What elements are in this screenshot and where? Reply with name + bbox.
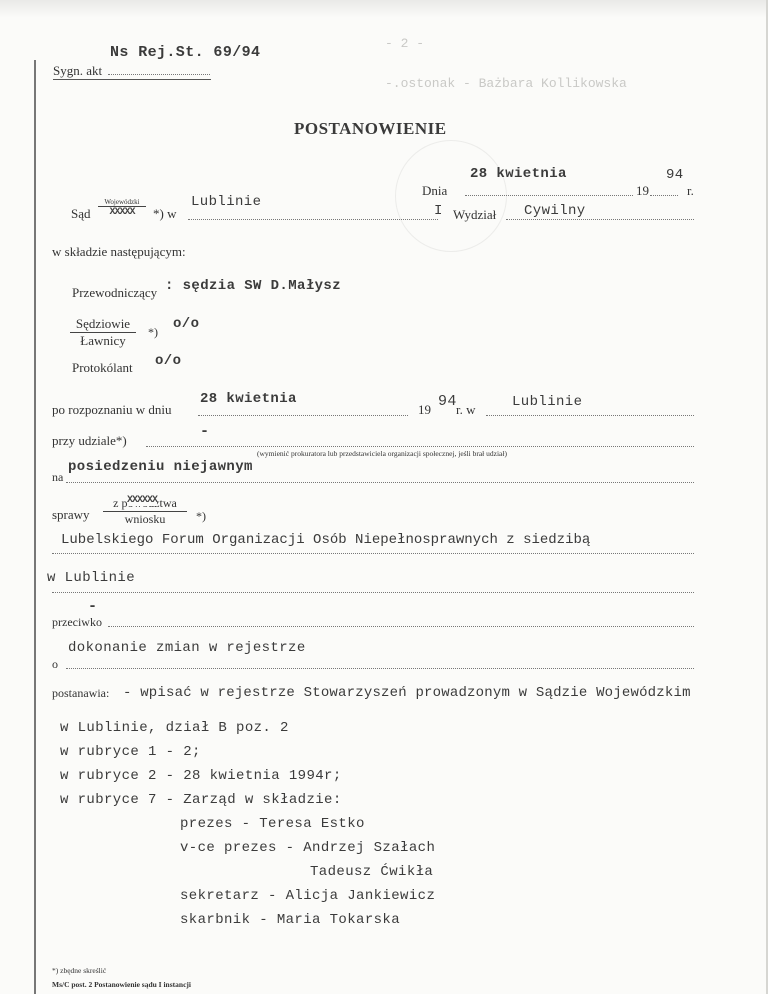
board-member-1: prezes - Teresa Estko bbox=[180, 816, 365, 832]
court-type-fraction: Wojewódzki XXXXX bbox=[98, 198, 146, 218]
case-line-1: Lubelskiego Forum Organizacji Osób Niepe… bbox=[61, 532, 590, 548]
board-member-3: Tadeusz Ćwikła bbox=[310, 864, 433, 880]
subject-label: o bbox=[52, 657, 58, 672]
case-number-line bbox=[108, 74, 210, 75]
bleed-through-text: -.ostonak - Bażbara Kollikowska bbox=[385, 76, 627, 91]
left-margin-rule bbox=[34, 60, 36, 994]
footnote: *) zbędne skreślić bbox=[52, 966, 106, 975]
participation-hint: (wymienić prokuratora lub przedstawiciel… bbox=[257, 449, 507, 458]
clerk-value: o/o bbox=[155, 353, 181, 369]
judges-fraction: Sędziowie Ławnicy bbox=[70, 316, 136, 349]
court-type-struck: XXXXX bbox=[98, 207, 146, 218]
division-line bbox=[506, 219, 694, 220]
decision-label: postanawia: bbox=[52, 686, 109, 701]
date-year-prefix: 19 bbox=[636, 183, 649, 199]
case-type-top: z powództwa XXXXXX bbox=[103, 496, 187, 512]
judges-value: o/o bbox=[173, 316, 199, 332]
board-member-5: skarbnik - Maria Tokarska bbox=[180, 912, 400, 928]
decision-line-4: w rubryce 2 - 28 kwietnia 1994r; bbox=[60, 768, 342, 784]
hearing-date-line bbox=[198, 415, 408, 416]
case-type-top-struck: XXXXXX bbox=[127, 495, 157, 506]
court-city-line bbox=[188, 219, 438, 220]
date-label: Dnia bbox=[422, 183, 447, 199]
court-footnote-mark: *) w bbox=[153, 206, 176, 222]
date-year-value: 94 bbox=[666, 167, 684, 183]
presiding-value: : sędzia SW D.Małysz bbox=[165, 278, 341, 294]
division-label: Wydział bbox=[453, 207, 496, 223]
case-line-2-rule bbox=[52, 592, 694, 593]
document-title: POSTANOWIENIE bbox=[294, 119, 447, 139]
session-line bbox=[66, 482, 694, 483]
scan-edge bbox=[0, 0, 768, 18]
judges-bottom: Ławnicy bbox=[70, 333, 136, 349]
division-name: Cywilny bbox=[524, 203, 586, 219]
against-label: przeciwko bbox=[52, 615, 102, 630]
date-value: 28 kwietnia bbox=[470, 166, 567, 182]
court-type-top: Wojewódzki bbox=[98, 198, 146, 207]
case-mark: *) bbox=[196, 509, 206, 524]
hearing-place-value: Lublinie bbox=[512, 394, 582, 410]
board-member-2: v-ce prezes - Andrzej Szałach bbox=[180, 840, 435, 856]
judges-top: Sędziowie bbox=[70, 316, 136, 333]
date-line bbox=[465, 195, 633, 196]
case-number-label: Sygn. akt bbox=[53, 63, 102, 79]
date-suffix: r. bbox=[687, 183, 694, 199]
decision-line-2: w Lublinie, dział B poz. 2 bbox=[60, 720, 289, 736]
case-type-bottom: wniosku bbox=[103, 512, 187, 527]
hearing-date-value: 28 kwietnia bbox=[200, 391, 297, 407]
court-label: Sąd bbox=[71, 206, 91, 222]
form-identifier: Ms/C post. 2 Postanowienie sądu I instan… bbox=[52, 980, 191, 989]
against-value: - bbox=[88, 598, 97, 615]
participation-label: przy udziale*) bbox=[52, 433, 127, 449]
composition-heading: w składzie następującym: bbox=[52, 244, 186, 260]
decision-line-1: - wpisać w rejestrze Stowarzyszeń prowad… bbox=[123, 685, 691, 701]
case-line-1-rule bbox=[52, 553, 694, 554]
case-number: Ns Rej.St. 69/94 bbox=[110, 44, 260, 61]
session-label: na bbox=[52, 470, 63, 485]
participation-line bbox=[146, 446, 694, 447]
case-underline bbox=[53, 79, 211, 80]
subject-value: dokonanie zmian w rejestrze bbox=[68, 640, 306, 656]
decision-line-3: w rubryce 1 - 2; bbox=[60, 744, 201, 760]
board-member-4: sekretarz - Alicja Jankiewicz bbox=[180, 888, 435, 904]
hearing-place-line bbox=[486, 415, 694, 416]
division-number: I bbox=[434, 203, 443, 219]
subject-line bbox=[66, 668, 694, 669]
presiding-label: Przewodniczący bbox=[72, 285, 157, 301]
against-line bbox=[108, 626, 694, 627]
hearing-year: 94 bbox=[438, 393, 457, 410]
case-type-fraction: z powództwa XXXXXX wniosku bbox=[103, 496, 187, 527]
date-year-line bbox=[650, 195, 678, 196]
case-line-2: w Lublinie bbox=[47, 570, 135, 586]
participation-value: - bbox=[200, 423, 209, 440]
session-value: posiedzeniu niejawnym bbox=[68, 459, 253, 475]
decision-line-5: w rubryce 7 - Zarząd w składzie: bbox=[60, 792, 342, 808]
court-city: Lublinie bbox=[191, 194, 261, 210]
hearing-label: po rozpoznaniu w dniu bbox=[52, 402, 172, 418]
hearing-place-suffix: r. w bbox=[456, 402, 476, 418]
faint-stamp bbox=[395, 140, 507, 252]
clerk-label: Protokólant bbox=[72, 360, 133, 376]
judges-mark: *) bbox=[148, 325, 158, 340]
case-label: sprawy bbox=[52, 507, 90, 523]
hearing-year-prefix: 19 bbox=[418, 402, 431, 418]
bleed-through-page-number: - 2 - bbox=[385, 36, 424, 51]
